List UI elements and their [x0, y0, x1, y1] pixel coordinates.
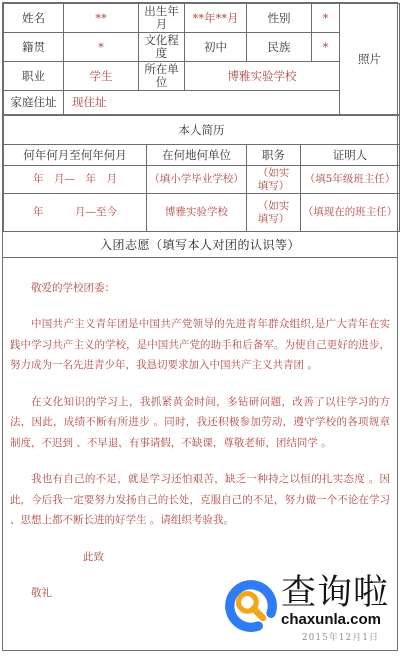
resume-cell-place: （填小学毕业学校） — [147, 166, 247, 194]
job-value: 学生 — [64, 62, 139, 91]
resume-cell-post: （如实 填写） — [247, 166, 301, 194]
resume-cell-period: 年 月— 年 月 — [4, 166, 147, 194]
resume-cell-witness: （填5年级班主任） — [301, 166, 400, 194]
origin-label: 籍贯 — [4, 33, 64, 62]
address-value: 现住址 — [64, 91, 340, 115]
education-label: 文化程度 — [139, 33, 185, 62]
letter-closing-zhi: 此致 — [10, 547, 390, 568]
letter-paragraph: 在文化知识的学习上，我抓紧黄金时间，多钻研问题，改善了以往学习的方法，因此，成绩… — [10, 392, 390, 454]
name-value: ** — [64, 4, 139, 33]
name-label: 姓名 — [4, 4, 64, 33]
application-section-title: 入团志愿（填写本人对团的认识等） — [3, 232, 397, 258]
unit-value: 博雅实验学校 — [185, 62, 340, 91]
application-form-document: 姓名 ** 出生年月 **年**月 性别 * 照片 籍贯 * 文化程度 初中 民… — [2, 2, 398, 651]
resume-cell-place: 博雅实验学校 — [147, 194, 247, 232]
resume-header-place: 在何地何单位 — [147, 145, 247, 166]
education-value: 初中 — [185, 33, 247, 62]
magnifier-icon — [223, 578, 279, 634]
resume-header-witness: 证明人 — [301, 145, 400, 166]
resume-title: 本人简历 — [4, 116, 400, 145]
resume-cell-period: 年 月—至今 — [4, 194, 147, 232]
birth-value: **年**月 — [185, 4, 247, 33]
resume-cell-witness: （填现在的班主任） — [301, 194, 400, 232]
application-letter: 敬爱的学校团委： 中国共产主义青年团是中国共产党领导的先进青年群众组织,是广大青… — [3, 258, 397, 650]
watermark-brand: 查询啦 — [281, 575, 389, 612]
letter-paragraph: 中国共产主义青年团是中国共产党领导的先进青年群众组织,是广大青年在实践中学习共产… — [10, 314, 390, 376]
job-label: 职业 — [4, 62, 64, 91]
address-label: 家庭住址 — [4, 91, 64, 115]
letter-salutation: 敬爱的学校团委： — [10, 278, 390, 298]
chaxunla-logo: 查询啦 chaxunla.com — [223, 575, 389, 634]
birth-label: 出生年月 — [139, 4, 185, 33]
origin-value: * — [64, 33, 139, 62]
photo-placeholder: 照片 — [340, 4, 400, 115]
gender-label: 性别 — [247, 4, 312, 33]
letter-paragraph: 我也有自己的不足，就是学习还怕艰苦，缺乏一种持之以恒的扎实态度 。因此，今后我一… — [10, 469, 390, 531]
personal-info-table: 姓名 ** 出生年月 **年**月 性别 * 照片 籍贯 * 文化程度 初中 民… — [3, 3, 400, 115]
ethnic-label: 民族 — [247, 33, 312, 62]
form-date: 2015年12月1日 — [302, 628, 379, 649]
watermark-text: 查询啦 chaxunla.com — [281, 575, 389, 627]
ethnic-value: * — [312, 33, 340, 62]
unit-label: 所在单位 — [139, 62, 185, 91]
gender-value: * — [312, 4, 340, 33]
resume-header-period: 何年何月至何年何月 — [4, 145, 147, 166]
resume-header-post: 职务 — [247, 145, 301, 166]
watermark-domain: chaxunla.com — [281, 612, 389, 627]
resume-table: 本人简历 何年何月至何年何月 在何地何单位 职务 证明人 年 月— 年 月 （填… — [3, 115, 400, 232]
resume-cell-post: （如实 填写） — [247, 194, 301, 232]
